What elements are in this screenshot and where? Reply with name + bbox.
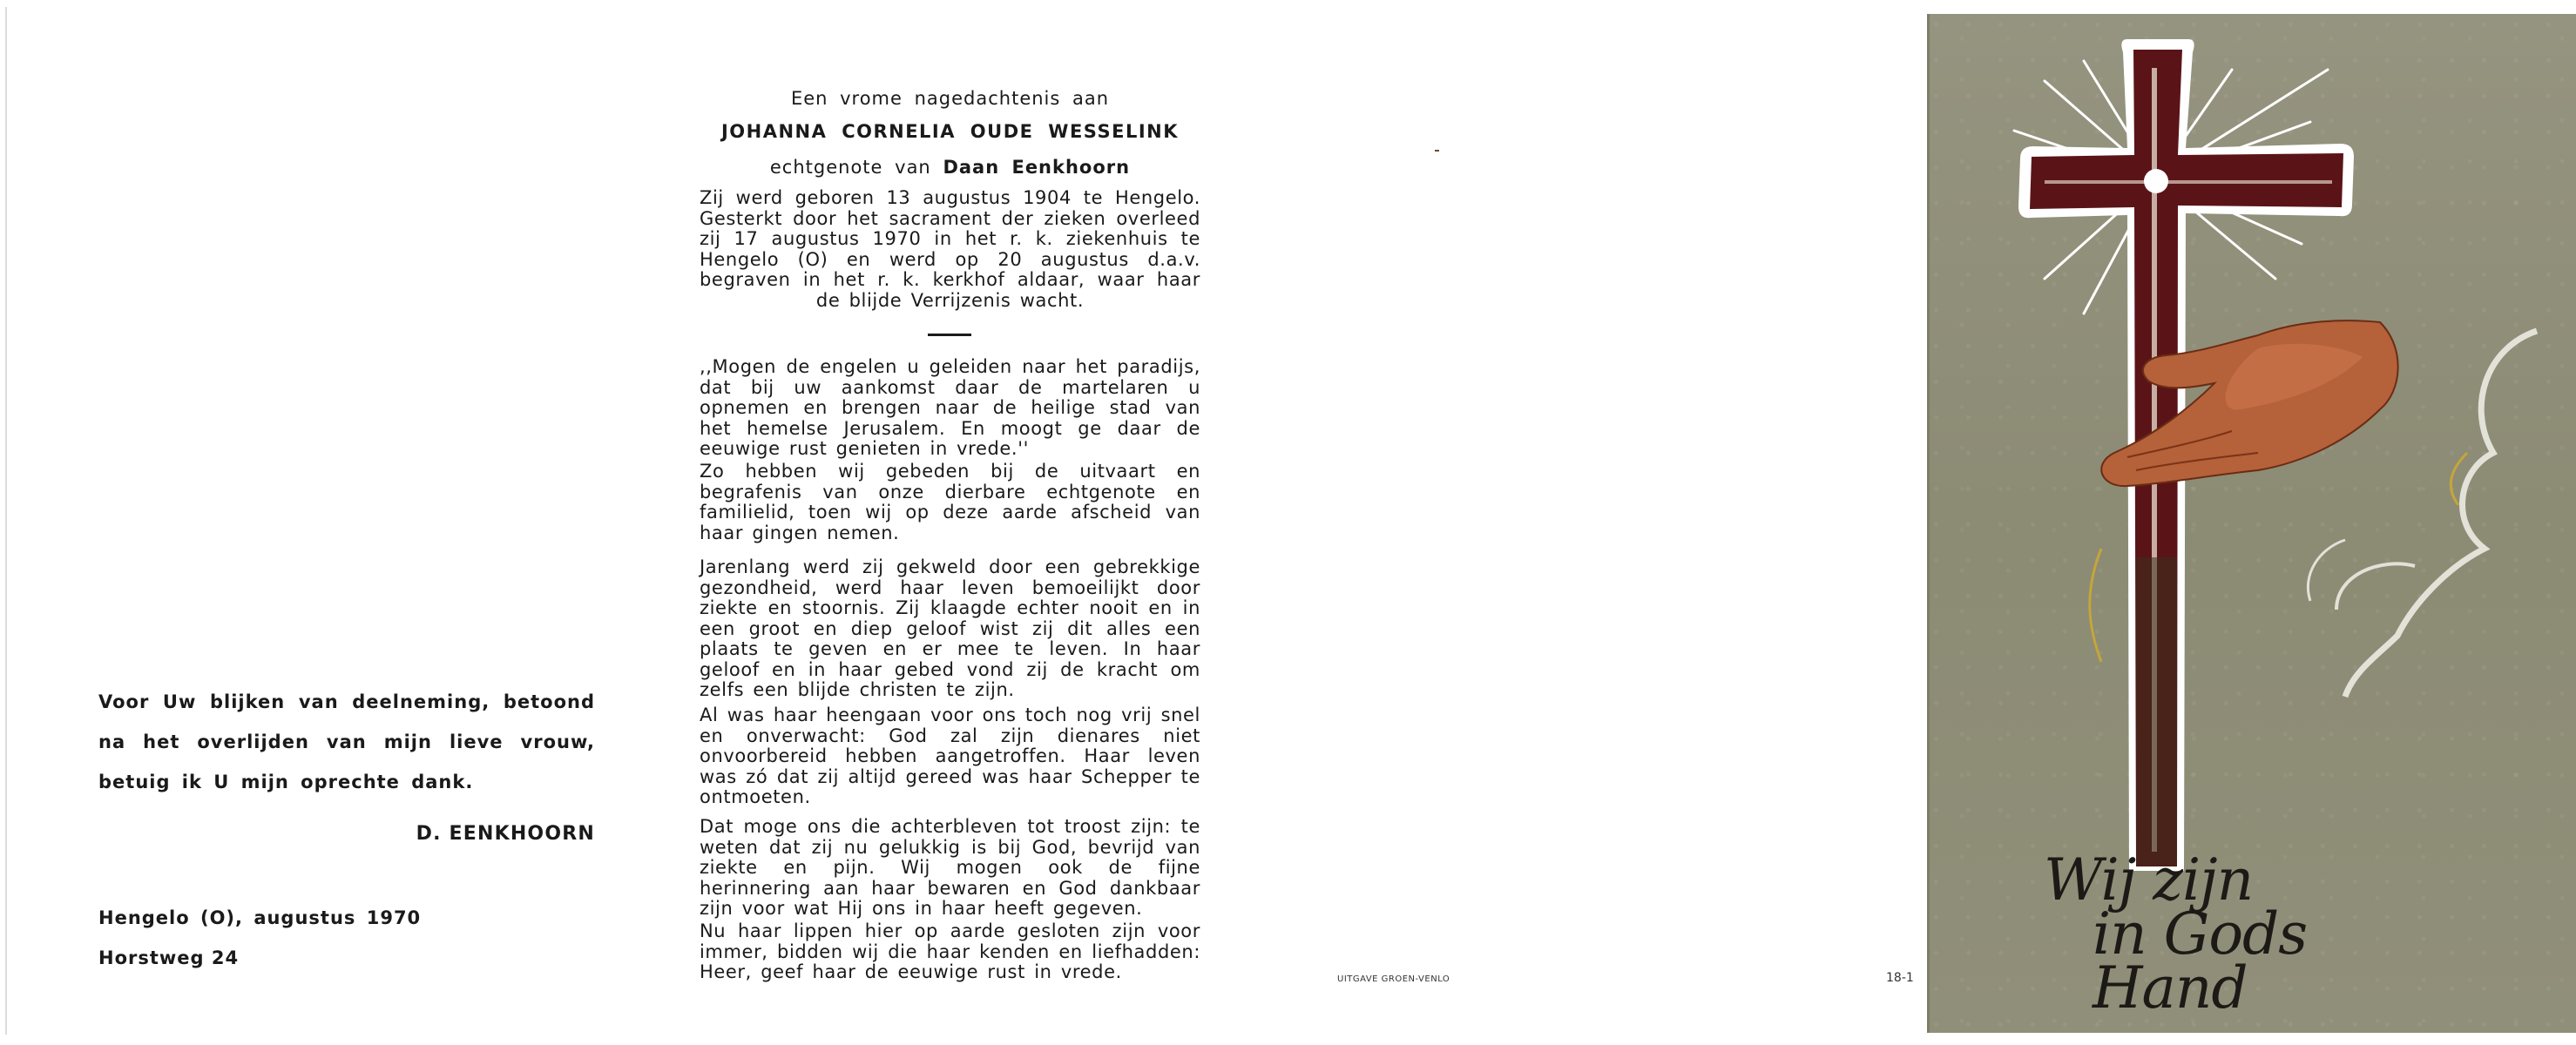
- publisher-imprint: UITGAVE GROEN-VENLO: [1337, 974, 1450, 984]
- cover-title-line-2: in Gods Hand: [2032, 907, 2432, 1015]
- panel-edge-line: [5, 7, 7, 1035]
- memorial-text-panel: Een vrome nagedachtenis aan JOHANNA CORN…: [645, 0, 1289, 1045]
- cover-panel: Wij zijn in Gods Hand: [1927, 0, 2576, 1045]
- signature: D. EENKHOORN: [416, 823, 595, 845]
- cover-title-line-1: Wij zijn: [2032, 853, 2432, 907]
- text-paragraph: Al was haar heengaan voor ons toch nog v…: [700, 705, 1200, 808]
- closing-prayer-paragraph: Nu haar lippen hier op aarde gesloten zi…: [700, 921, 1200, 983]
- thanks-text: Voor Uw blijken van deelneming, betoond …: [98, 682, 595, 802]
- biography-paragraph: Zij werd geboren 13 augustus 1904 te Hen…: [700, 188, 1200, 311]
- spouse-line: echtgenote van Daan Eenkhoorn: [700, 157, 1200, 178]
- prayer-quote-paragraph: ,,Mogen de engelen u geleiden naar het p…: [700, 357, 1200, 460]
- deceased-name: JOHANNA CORNELIA OUDE WESSELINK: [700, 121, 1200, 142]
- print-speck: [1435, 150, 1439, 152]
- spouse-prefix: echtgenote van: [770, 157, 931, 178]
- text-paragraph: Jarenlang werd zij gekweld door een gebr…: [700, 557, 1200, 701]
- memorial-intro: Een vrome nagedachtenis aan: [700, 88, 1200, 109]
- text-paragraph: Zo hebben wij gebeden bij de uitvaart en…: [700, 462, 1200, 543]
- thanks-panel: Voor Uw blijken van deelneming, betoond …: [0, 0, 645, 1045]
- place-date: Hengelo (O), augustus 1970: [98, 907, 421, 928]
- address: Horstweg 24: [98, 947, 239, 968]
- back-panel: UITGAVE GROEN-VENLO 18-1: [1289, 0, 1925, 1045]
- section-divider: [928, 334, 971, 336]
- text-paragraph: Dat moge ons die achterbleven tot troost…: [700, 817, 1200, 920]
- spouse-name: Daan Eenkhoorn: [943, 157, 1130, 178]
- print-code: 18-1: [1886, 971, 1914, 985]
- cover-title: Wij zijn in Gods Hand: [2032, 853, 2432, 1015]
